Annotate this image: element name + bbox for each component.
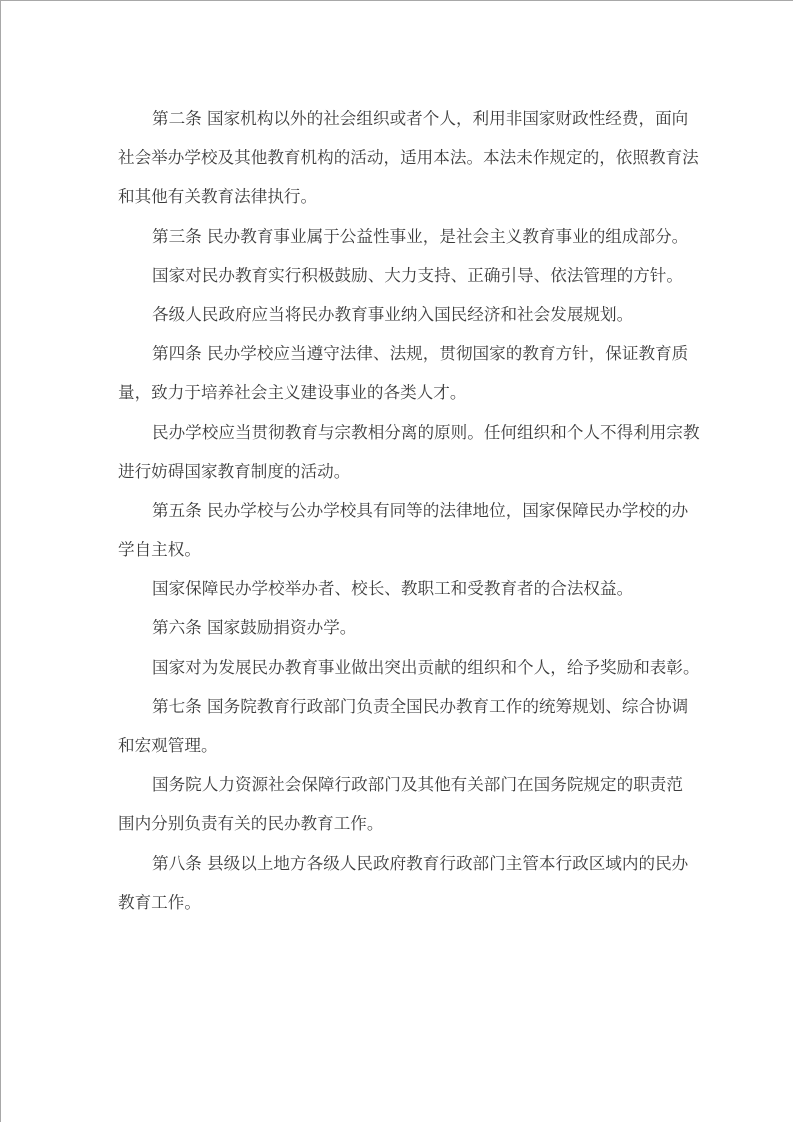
text-line: 第八条 县级以上地方各级人民政府教育行政部门主管本行政区域内的民办	[118, 853, 678, 892]
paragraph: 民办学校应当贯彻教育与宗教相分离的原则。任何组织和个人不得利用宗教 进行妨碍国家…	[118, 422, 678, 500]
text-line: 第三条 民办教育事业属于公益性事业，是社会主义教育事业的组成部分。	[118, 226, 678, 265]
paragraph: 国务院人力资源社会保障行政部门及其他有关部门在国务院规定的职责范 围内分别负责有…	[118, 774, 678, 852]
text-line: 第五条 民办学校与公办学校具有同等的法律地位，国家保障民办学校的办	[118, 500, 678, 539]
paragraph-article-6: 第六条 国家鼓励捐资办学。	[118, 617, 678, 656]
document-body: 第二条 国家机构以外的社会组织或者个人，利用非国家财政性经费，面向 社会举办学校…	[118, 108, 678, 931]
text-line: 第二条 国家机构以外的社会组织或者个人，利用非国家财政性经费，面向	[118, 108, 678, 147]
paragraph-article-2: 第二条 国家机构以外的社会组织或者个人，利用非国家财政性经费，面向 社会举办学校…	[118, 108, 678, 226]
paragraph: 国家保障民办学校举办者、校长、教职工和受教育者的合法权益。	[118, 578, 678, 617]
text-line: 国家对为发展民办教育事业做出突出贡献的组织和个人，给予奖励和表彰。	[118, 657, 678, 696]
text-line: 社会举办学校及其他教育机构的活动，适用本法。本法未作规定的，依照教育法	[118, 147, 678, 186]
paragraph-article-8: 第八条 县级以上地方各级人民政府教育行政部门主管本行政区域内的民办 教育工作。	[118, 853, 678, 931]
text-line: 国家对民办教育实行积极鼓励、大力支持、正确引导、依法管理的方针。	[118, 265, 678, 304]
paragraph-article-3: 第三条 民办教育事业属于公益性事业，是社会主义教育事业的组成部分。	[118, 226, 678, 265]
text-line: 国务院人力资源社会保障行政部门及其他有关部门在国务院规定的职责范	[118, 774, 678, 813]
text-line: 民办学校应当贯彻教育与宗教相分离的原则。任何组织和个人不得利用宗教	[118, 422, 678, 461]
text-line: 量，致力于培养社会主义建设事业的各类人才。	[118, 382, 678, 421]
text-line: 围内分别负责有关的民办教育工作。	[118, 813, 678, 852]
paragraph-article-5: 第五条 民办学校与公办学校具有同等的法律地位，国家保障民办学校的办 学自主权。	[118, 500, 678, 578]
text-line: 第七条 国务院教育行政部门负责全国民办教育工作的统筹规划、综合协调	[118, 696, 678, 735]
paragraph-article-7: 第七条 国务院教育行政部门负责全国民办教育工作的统筹规划、综合协调 和宏观管理。	[118, 696, 678, 774]
paragraph-article-4: 第四条 民办学校应当遵守法律、法规，贯彻国家的教育方针，保证教育质 量，致力于培…	[118, 343, 678, 421]
text-line: 和宏观管理。	[118, 735, 678, 774]
text-line: 第六条 国家鼓励捐资办学。	[118, 617, 678, 656]
text-line: 学自主权。	[118, 539, 678, 578]
text-line: 和其他有关教育法律执行。	[118, 186, 678, 225]
text-line: 进行妨碍国家教育制度的活动。	[118, 461, 678, 500]
paragraph: 各级人民政府应当将民办教育事业纳入国民经济和社会发展规划。	[118, 304, 678, 343]
text-line: 国家保障民办学校举办者、校长、教职工和受教育者的合法权益。	[118, 578, 678, 617]
document-page: 第二条 国家机构以外的社会组织或者个人，利用非国家财政性经费，面向 社会举办学校…	[0, 0, 793, 1122]
paragraph: 国家对为发展民办教育事业做出突出贡献的组织和个人，给予奖励和表彰。	[118, 657, 678, 696]
text-line: 第四条 民办学校应当遵守法律、法规，贯彻国家的教育方针，保证教育质	[118, 343, 678, 382]
text-line: 教育工作。	[118, 892, 678, 931]
text-line: 各级人民政府应当将民办教育事业纳入国民经济和社会发展规划。	[118, 304, 678, 343]
paragraph: 国家对民办教育实行积极鼓励、大力支持、正确引导、依法管理的方针。	[118, 265, 678, 304]
